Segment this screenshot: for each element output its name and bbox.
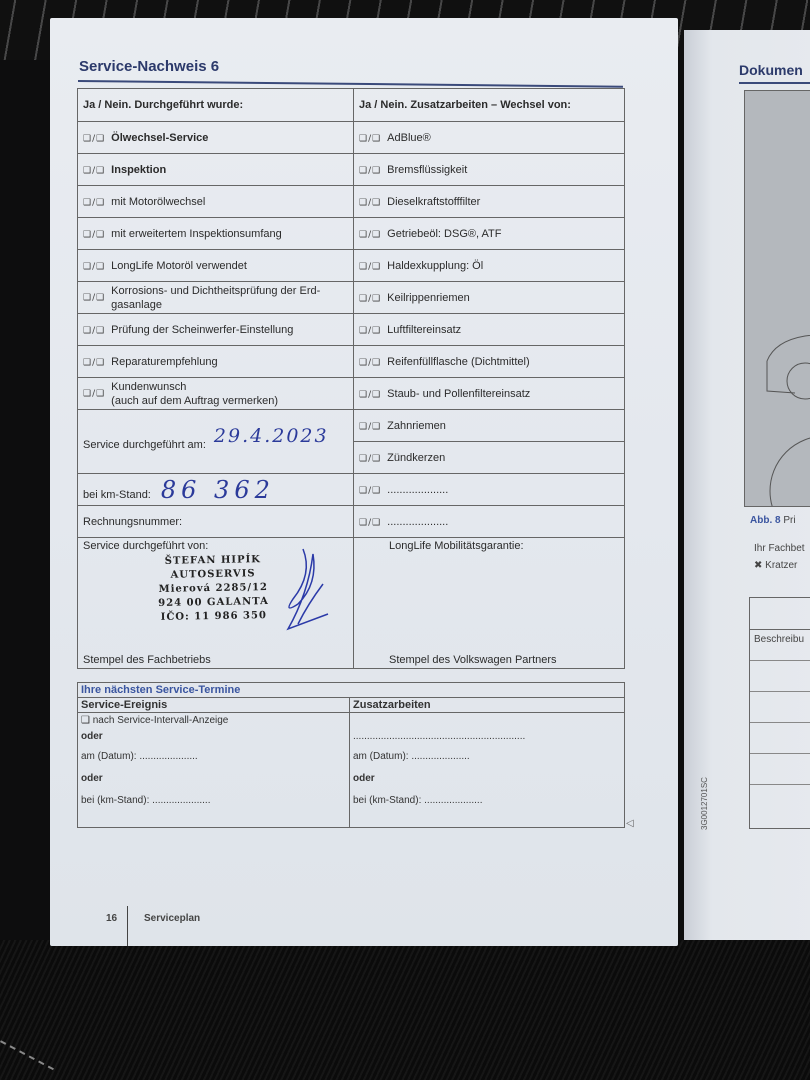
checkbox-icon[interactable]: ❑/❑ — [359, 326, 381, 336]
service-date-field[interactable]: Service durchgeführt am:29.4.2023 — [78, 410, 354, 474]
extra-item-reifenfuellflasche[interactable]: ❑/❑Reifenfüllflasche (Dichtmittel) — [354, 346, 625, 378]
checkbox-icon[interactable]: ❑/❑ — [359, 422, 381, 432]
left-column-header: Ja / Nein. Durchgeführt wurde: — [78, 89, 354, 122]
service-item-oelwechsel[interactable]: ❑/❑Ölwechsel-Service — [78, 122, 354, 154]
right-page: Dokumen Abb. 8 Pri Ihr Fachbet ✖ Kratzer… — [684, 30, 810, 940]
extra-item-haldex[interactable]: ❑/❑Haldexkupplung: Öl — [354, 250, 625, 282]
extra-item-getriebeoel[interactable]: ❑/❑Getriebeöl: DSG®, ATF — [354, 218, 625, 250]
background-seat — [0, 940, 810, 1080]
checkbox-icon[interactable]: ❑/❑ — [359, 230, 381, 240]
service-event-cell[interactable]: ❑ nach Service-Intervall-Anzeige oder am… — [78, 713, 350, 828]
extra-item-blank-2[interactable]: ❑/❑.................... — [354, 506, 625, 538]
checkbox-icon[interactable]: ❑/❑ — [359, 390, 381, 400]
defects-row — [750, 754, 810, 785]
next-service-title: Ihre nächsten Service-Termine — [78, 683, 625, 698]
extra-work-cell[interactable]: ........................................… — [350, 713, 625, 828]
invoice-number-field[interactable]: Rechnungsnummer: — [78, 506, 354, 538]
footer-section: Serviceplan — [144, 913, 200, 924]
checkbox-icon[interactable]: ❑/❑ — [359, 358, 381, 368]
extra-item-dieselfilter[interactable]: ❑/❑Dieselkraftstofffilter — [354, 186, 625, 218]
workshop-stamp: ŠTEFAN HIPÍK AUTOSERVIS Mierová 2285/12 … — [157, 553, 269, 625]
service-item-kundenwunsch[interactable]: ❑/❑Kundenwunsch(auch auf dem Auftrag ver… — [78, 378, 354, 410]
checkbox-icon[interactable]: ❑/❑ — [359, 262, 381, 272]
checkbox-icon[interactable]: ❑/❑ — [359, 294, 381, 304]
car-figure — [744, 90, 810, 507]
checkbox-icon[interactable]: ❑/❑ — [83, 326, 105, 336]
footer-divider — [127, 906, 128, 946]
extra-item-luftfilter[interactable]: ❑/❑Luftfiltereinsatz — [354, 314, 625, 346]
title-rule — [739, 82, 810, 84]
service-item-longlife[interactable]: ❑/❑LongLife Motoröl verwendet — [78, 250, 354, 282]
service-date-value: 29.4.2023 — [214, 425, 329, 447]
page-title: Service-Nachweis 6 — [79, 58, 219, 75]
workshop-stamp-field[interactable]: Service durchgeführt von: ŠTEFAN HIPÍK A… — [78, 538, 354, 669]
checkbox-icon[interactable]: ❑/❑ — [359, 198, 381, 208]
service-event-header: Service-Ereignis — [78, 698, 350, 713]
defects-row — [750, 692, 810, 723]
continue-arrow-icon: ◁ — [626, 818, 634, 829]
checkbox-icon[interactable]: ❑/❑ — [83, 389, 105, 399]
km-value: 86 362 — [161, 476, 275, 504]
vw-partner-stamp-field[interactable]: LongLife Mobilitätsgarantie: Stempel des… — [354, 538, 625, 669]
service-item-motoroelwechsel[interactable]: ❑/❑mit Motorölwechsel — [78, 186, 354, 218]
extra-item-pollenfilter[interactable]: ❑/❑Staub- und Pollenfiltereinsatz — [354, 378, 625, 410]
defects-table: Mängi Beschreibu — [749, 597, 810, 829]
extra-item-adblue[interactable]: ❑/❑AdBlue® — [354, 122, 625, 154]
extra-item-bremsfluessigkeit[interactable]: ❑/❑Bremsflüssigkeit — [354, 154, 625, 186]
title-rule — [78, 80, 623, 88]
extra-item-keilrippenriemen[interactable]: ❑/❑Keilrippenriemen — [354, 282, 625, 314]
workshop-stamp-label: Stempel des Fachbetriebs — [83, 654, 211, 666]
kratzer-legend: ✖ Kratzer — [754, 560, 797, 571]
defects-row — [750, 723, 810, 754]
extra-work-header: Zusatzarbeiten — [350, 698, 625, 713]
vw-stamp-label: Stempel des Volkswagen Partners — [389, 654, 557, 666]
right-column-header: Ja / Nein. Zusatzarbeiten – Wechsel von: — [354, 89, 625, 122]
fachbetrieb-text: Ihr Fachbet — [754, 543, 805, 554]
defects-header: Mängi — [750, 598, 810, 630]
service-record-table: Ja / Nein. Durchgeführt wurde: Ja / Nein… — [77, 88, 625, 669]
service-item-reparatur[interactable]: ❑/❑Reparaturempfehlung — [78, 346, 354, 378]
checkbox-icon[interactable]: ❑/❑ — [359, 166, 381, 176]
service-item-korrosion[interactable]: ❑/❑Korrosions- und Dichtheitsprüfung der… — [78, 282, 354, 314]
extra-item-blank-1[interactable]: ❑/❑.................... — [354, 474, 625, 506]
checkbox-icon[interactable]: ❑/❑ — [359, 486, 381, 496]
checkbox-icon[interactable]: ❑/❑ — [83, 166, 105, 176]
right-page-title: Dokumen — [739, 62, 803, 78]
service-item-inspektion[interactable]: ❑/❑Inspektion — [78, 154, 354, 186]
checkbox-icon[interactable]: ❑/❑ — [83, 262, 105, 272]
defects-row — [750, 661, 810, 692]
defects-description: Beschreibu — [750, 630, 810, 661]
mobility-guarantee-label: LongLife Mobilitätsgarantie: — [359, 540, 524, 552]
signature-icon — [268, 544, 338, 644]
checkbox-icon[interactable]: ❑/❑ — [83, 293, 105, 303]
checkbox-icon[interactable]: ❑/❑ — [83, 198, 105, 208]
checkbox-icon[interactable]: ❑/❑ — [359, 134, 381, 144]
checkbox-icon[interactable]: ❑/❑ — [359, 454, 381, 464]
next-service-table: Ihre nächsten Service-Termine Service-Er… — [77, 682, 625, 828]
car-drawing-icon — [745, 91, 810, 506]
extra-item-zahnriemen[interactable]: ❑/❑Zahnriemen — [354, 410, 625, 442]
km-field[interactable]: bei km-Stand:86 362 — [78, 474, 354, 506]
document-code: 3G0012701SC — [700, 777, 709, 830]
figure-caption: Abb. 8 Pri — [750, 515, 796, 526]
left-page: Service-Nachweis 6 Ja / Nein. Durchgefüh… — [50, 18, 678, 946]
service-item-scheinwerfer[interactable]: ❑/❑Prüfung der Scheinwerfer-Einstellung — [78, 314, 354, 346]
page-number: 16 — [106, 913, 117, 924]
checkbox-icon[interactable]: ❑/❑ — [83, 134, 105, 144]
service-item-erweitert[interactable]: ❑/❑mit erweitertem Inspektionsumfang — [78, 218, 354, 250]
checkbox-icon[interactable]: ❑/❑ — [83, 230, 105, 240]
checkbox-icon[interactable]: ❑/❑ — [83, 358, 105, 368]
checkbox-icon[interactable]: ❑/❑ — [359, 518, 381, 528]
extra-item-zuendkerzen[interactable]: ❑/❑Zündkerzen — [354, 442, 625, 474]
